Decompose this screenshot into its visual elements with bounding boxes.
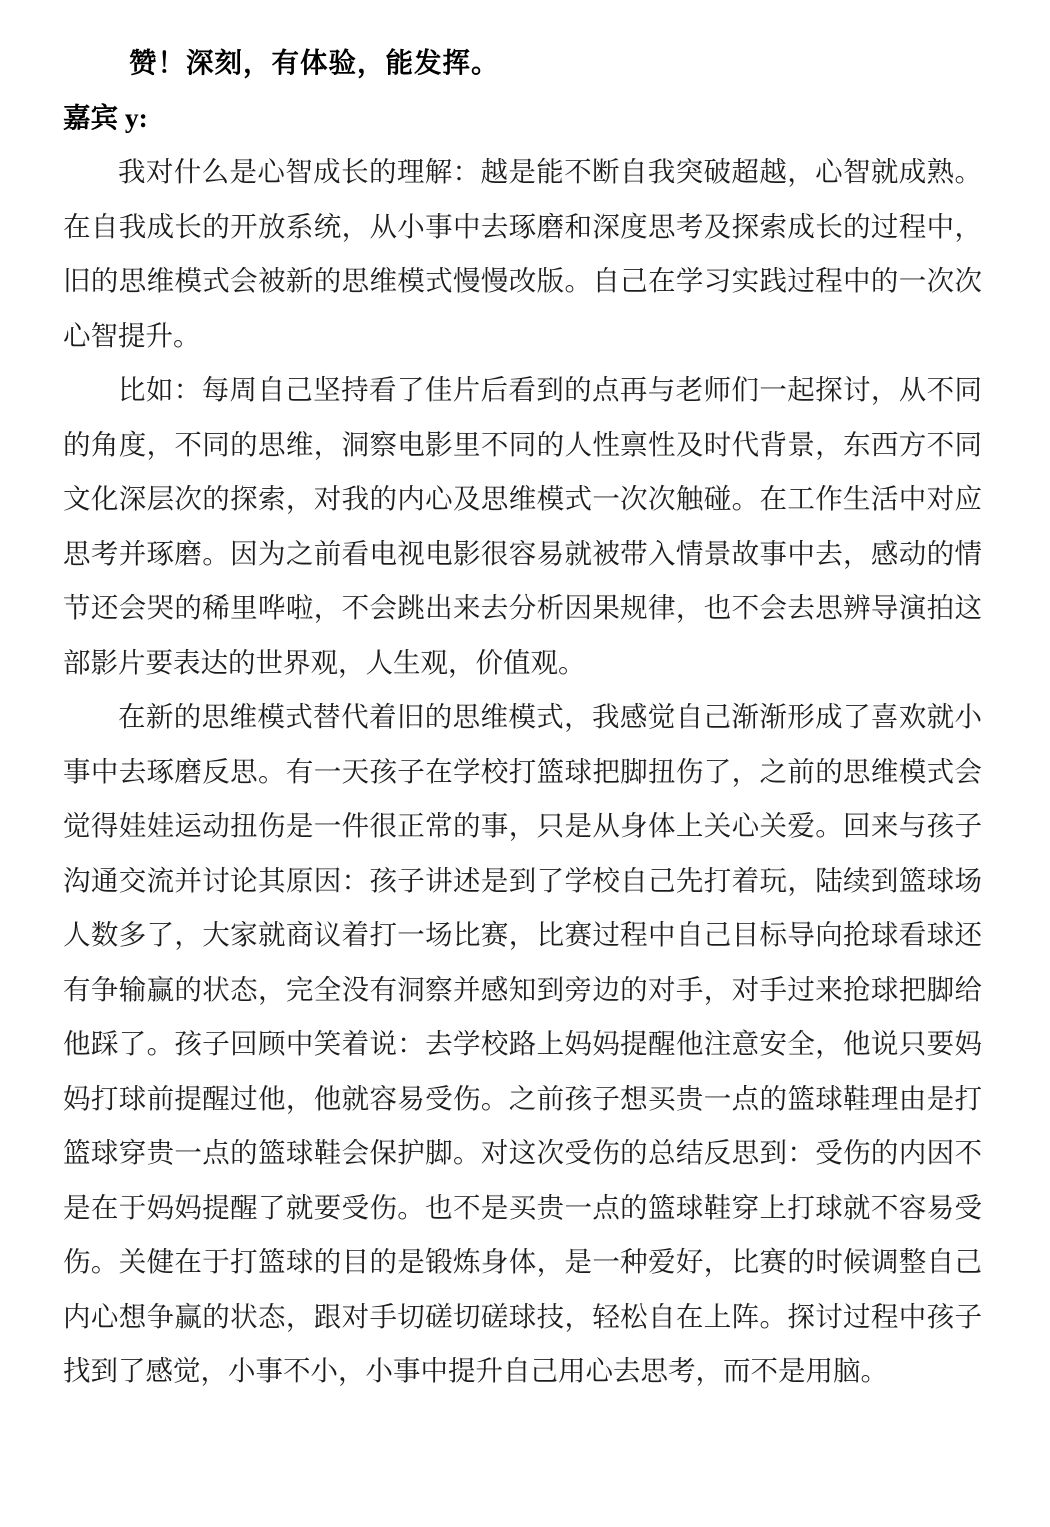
paragraph-movie-discussion-example: 比如：每周自己坚持看了佳片后看到的点再与老师们一起探讨，从不同的角度，不同的思维… — [63, 363, 982, 690]
comment-line: 赞！深刻，有体验，能发挥。 — [63, 36, 982, 91]
speaker-label: 嘉宾 y: — [63, 91, 982, 146]
paragraph-mind-growth-understanding: 我对什么是心智成长的理解：越是能不断自我突破超越，心智就成熟。在自我成长的开放系… — [63, 145, 982, 363]
document-page: 赞！深刻，有体验，能发挥。 嘉宾 y: 我对什么是心智成长的理解：越是能不断自我… — [0, 0, 1050, 1527]
paragraph-basketball-injury-story: 在新的思维模式替代着旧的思维模式，我感觉自己渐渐形成了喜欢就小事中去琢磨反思。有… — [63, 690, 982, 1399]
